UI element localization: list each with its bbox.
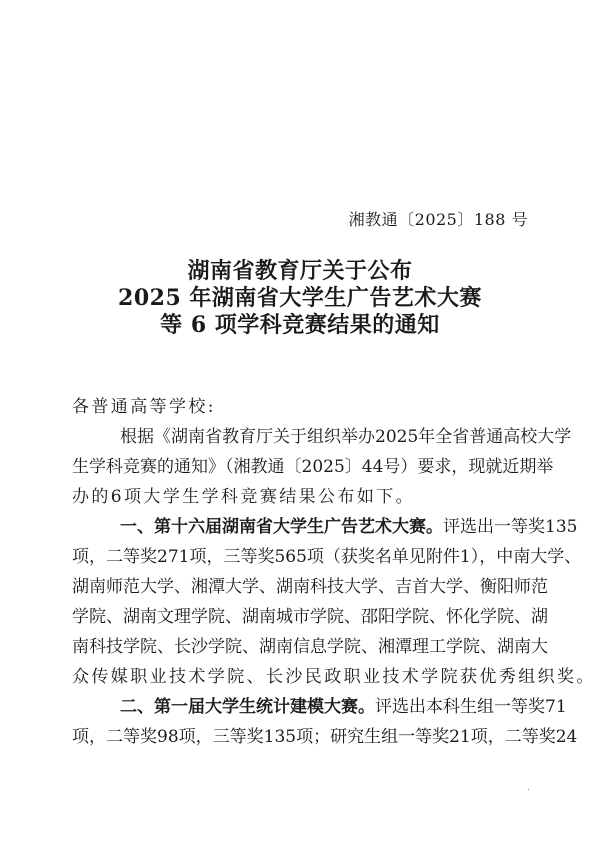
intro-line-3: 办的6项大学生学科竞赛结果公布如下。 [72,482,528,512]
section1-line-6: 众传媒职业技术学院、长沙民政职业技术学院获优秀组织奖。 [72,662,528,692]
section1-line-2: 项，二等奖271项，三等奖565项（获奖名单见附件1），中南大学、 [72,542,528,572]
document-body: 各普通高等学校: 根据《湖南省教育厅关于组织举办2025年全省普通高校大学 生学… [72,392,528,752]
document-page: 湘教通〔2025〕188 号 湖南省教育厅关于公布 2025 年湖南省大学生广告… [0,0,600,848]
section1-line-4: 学院、湖南文理学院、湖南城市学院、邵阳学院、怀化学院、湖 [72,602,528,632]
title-line-2: 2025 年湖南省大学生广告艺术大赛 [0,285,600,312]
intro-line-2: 生学科竞赛的通知》（湘教通〔2025〕44号）要求，现就近期举 [72,452,528,482]
section2-first-line-rest: 评选出本科生组一等奖71 [375,697,567,717]
document-number: 湘教通〔2025〕188 号 [349,208,528,232]
document-title: 湖南省教育厅关于公布 2025 年湖南省大学生广告艺术大赛 等 6 项学科竞赛结… [0,258,600,339]
section1-line-5: 南科技学院、长沙学院、湖南信息学院、湘潭理工学院、湖南大 [72,632,528,662]
page-mark [528,789,529,790]
section1-first-line-rest: 评选出一等奖135 [443,517,577,537]
intro-line-1: 根据《湖南省教育厅关于组织举办2025年全省普通高校大学 [72,422,528,452]
salutation: 各普通高等学校: [72,392,528,422]
section2-line-2: 项，二等奖98项，三等奖135项；研究生组一等奖21项，二等奖24 [72,722,528,752]
section2-heading: 二、第一届大学生统计建模大赛。 [120,697,375,717]
title-line-3: 等 6 项学科竞赛结果的通知 [0,312,600,339]
section1-line-3: 湖南师范大学、湘潭大学、湖南科技大学、吉首大学、衡阳师范 [72,572,528,602]
section1-first-line: 一、第十六届湖南省大学生广告艺术大赛。评选出一等奖135 [72,512,528,542]
title-line-1: 湖南省教育厅关于公布 [0,258,600,285]
section2-first-line: 二、第一届大学生统计建模大赛。评选出本科生组一等奖71 [72,692,528,722]
section1-heading: 一、第十六届湖南省大学生广告艺术大赛。 [120,517,443,537]
